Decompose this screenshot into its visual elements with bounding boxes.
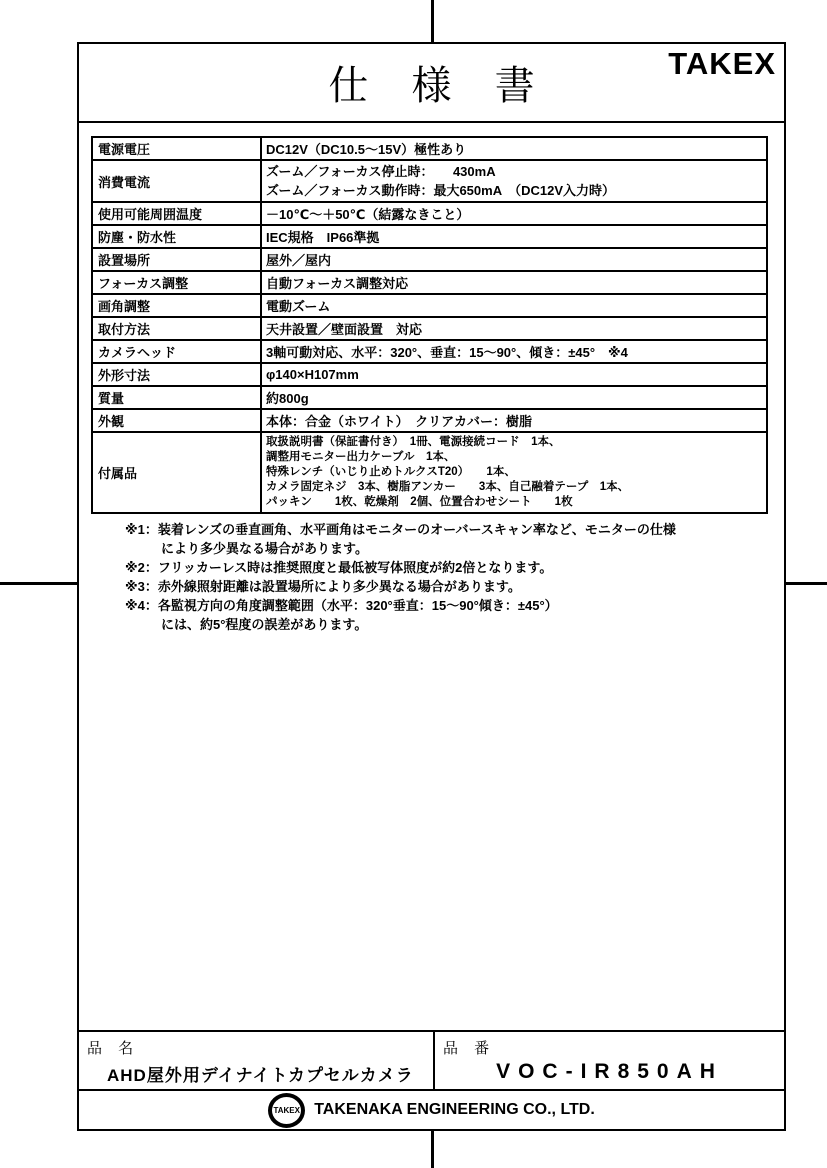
spec-value: DC12V（DC10.5～15V）極性あり [261, 137, 767, 160]
spec-value-line: 屋外／屋内 [266, 250, 762, 269]
spec-value: －10℃～＋50℃（結露なきこと） [261, 202, 767, 225]
product-name-value: AHD屋外用デイナイトカプセルカメラ [79, 1058, 433, 1086]
spec-label: フォーカス調整 [92, 271, 261, 294]
spec-value-line: 3軸可動対応、水平：320°、垂直：15～90°、傾き：±45° ※4 [266, 342, 762, 361]
spec-label: 電源電圧 [92, 137, 261, 160]
table-row: 取付方法 天井設置／壁面設置 対応 [92, 317, 767, 340]
spec-label: 防塵・防水性 [92, 225, 261, 248]
footnotes: ※1：装着レンズの垂直画角、水平画角はモニターのオーバースキャン率など、モニター… [125, 520, 784, 634]
spec-value-line: 自動フォーカス調整対応 [266, 273, 762, 292]
spec-label: カメラヘッド [92, 340, 261, 363]
crop-mark-left [0, 582, 78, 585]
spec-value: 電動ズーム [261, 294, 767, 317]
spec-value-line: DC12V（DC10.5～15V）極性あり [266, 139, 762, 158]
spec-value-line: IEC規格 IP66準拠 [266, 227, 762, 246]
product-number-value: VOC-IR850AH [435, 1058, 784, 1084]
product-number-cell: 品 番 VOC-IR850AH [435, 1032, 784, 1089]
crop-mark-top [431, 0, 434, 43]
document-header: 仕 様 書 TAKEX [79, 44, 784, 123]
main-area: 電源電圧 DC12V（DC10.5～15V）極性あり 消費電流 ズーム／フォーカ… [79, 123, 784, 1030]
spec-value-line: －10℃～＋50℃（結露なきこと） [266, 204, 762, 223]
spec-label: 設置場所 [92, 248, 261, 271]
spec-value-line: 取扱説明書（保証書付き） 1冊、電源接続コード 1本、 [266, 435, 762, 450]
footnote-line: ※4：各監視方向の角度調整範囲（水平：320°垂直：15～90°傾き：±45°） [125, 596, 784, 615]
spec-value-line: 本体：合金（ホワイト） クリアカバー：樹脂 [266, 411, 762, 430]
takex-circle-logo-icon: TAKEX [268, 1093, 305, 1128]
spec-value-line: 調整用モニター出力ケーブル 1本、 [266, 450, 762, 465]
table-row: 設置場所 屋外／屋内 [92, 248, 767, 271]
table-row: 消費電流 ズーム／フォーカス停止時： 430mA ズーム／フォーカス動作時：最大… [92, 160, 767, 202]
spec-value-line: 特殊レンチ（いじり止めトルクスT20） 1本、 [266, 465, 762, 480]
table-row: フォーカス調整 自動フォーカス調整対応 [92, 271, 767, 294]
spec-value: 約800g [261, 386, 767, 409]
footnote-line: ※1：装着レンズの垂直画角、水平画角はモニターのオーバースキャン率など、モニター… [125, 520, 784, 539]
spec-value: 3軸可動対応、水平：320°、垂直：15～90°、傾き：±45° ※4 [261, 340, 767, 363]
table-row: 付属品 取扱説明書（保証書付き） 1冊、電源接続コード 1本、 調整用モニター出… [92, 432, 767, 513]
spec-table: 電源電圧 DC12V（DC10.5～15V）極性あり 消費電流 ズーム／フォーカ… [91, 136, 768, 514]
spec-value-line: φ140×H107mm [266, 367, 762, 382]
spec-value-line: 電動ズーム [266, 296, 762, 315]
spec-label: 外観 [92, 409, 261, 432]
table-row: 防塵・防水性 IEC規格 IP66準拠 [92, 225, 767, 248]
crop-mark-bottom [431, 1130, 434, 1168]
footnote-line: ※3：赤外線照射距離は設置場所により多少異なる場合があります。 [125, 577, 784, 596]
document-frame: 仕 様 書 TAKEX 電源電圧 DC12V（DC10.5～15V）極性あり 消… [77, 42, 786, 1131]
spec-value-line: 約800g [266, 388, 762, 407]
table-row: 質量 約800g [92, 386, 767, 409]
spec-value: 自動フォーカス調整対応 [261, 271, 767, 294]
spec-value-line: ズーム／フォーカス動作時：最大650mA （DC12V入力時） [266, 181, 762, 200]
spec-value: 天井設置／壁面設置 対応 [261, 317, 767, 340]
table-row: カメラヘッド 3軸可動対応、水平：320°、垂直：15～90°、傾き：±45° … [92, 340, 767, 363]
spec-value: ズーム／フォーカス停止時： 430mA ズーム／フォーカス動作時：最大650mA… [261, 160, 767, 202]
spec-label: 外形寸法 [92, 363, 261, 386]
footnote-line: ※2：フリッカーレス時は推奨照度と最低被写体照度が約2倍となります。 [125, 558, 784, 577]
product-name-cell: 品 名 AHD屋外用デイナイトカプセルカメラ [79, 1032, 435, 1089]
footnote-line: には、約5°程度の誤差があります。 [125, 615, 784, 634]
crop-mark-right [784, 582, 827, 585]
spec-value: 本体：合金（ホワイト） クリアカバー：樹脂 [261, 409, 767, 432]
spec-value: IEC規格 IP66準拠 [261, 225, 767, 248]
spec-label: 取付方法 [92, 317, 261, 340]
spec-label: 使用可能周囲温度 [92, 202, 261, 225]
spec-label: 付属品 [92, 432, 261, 513]
footnote-line: により多少異なる場合があります。 [125, 539, 784, 558]
spec-value-line: 天井設置／壁面設置 対応 [266, 319, 762, 338]
spec-label: 消費電流 [92, 160, 261, 202]
spec-value: 取扱説明書（保証書付き） 1冊、電源接続コード 1本、 調整用モニター出力ケーブ… [261, 432, 767, 513]
spec-value: φ140×H107mm [261, 363, 767, 386]
company-footer: TAKEX TAKENAKA ENGINEERING CO., LTD. [79, 1089, 784, 1129]
company-name: TAKENAKA ENGINEERING CO., LTD. [314, 1101, 595, 1119]
takex-logo: TAKEX [668, 46, 776, 82]
product-number-label: 品 番 [435, 1032, 784, 1058]
spec-value-line: ズーム／フォーカス停止時： 430mA [266, 162, 762, 181]
spec-label: 画角調整 [92, 294, 261, 317]
product-id-row: 品 名 AHD屋外用デイナイトカプセルカメラ 品 番 VOC-IR850AH [79, 1030, 784, 1089]
spec-value: 屋外／屋内 [261, 248, 767, 271]
spec-value-line: パッキン 1枚、乾燥剤 2個、位置合わせシート 1枚 [266, 495, 762, 510]
table-row: 外観 本体：合金（ホワイト） クリアカバー：樹脂 [92, 409, 767, 432]
table-row: 画角調整 電動ズーム [92, 294, 767, 317]
spec-label: 質量 [92, 386, 261, 409]
table-row: 使用可能周囲温度 －10℃～＋50℃（結露なきこと） [92, 202, 767, 225]
product-name-label: 品 名 [79, 1032, 433, 1058]
spec-value-line: カメラ固定ネジ 3本、樹脂アンカー 3本、自己融着テープ 1本、 [266, 480, 762, 495]
table-row: 電源電圧 DC12V（DC10.5～15V）極性あり [92, 137, 767, 160]
table-row: 外形寸法 φ140×H107mm [92, 363, 767, 386]
